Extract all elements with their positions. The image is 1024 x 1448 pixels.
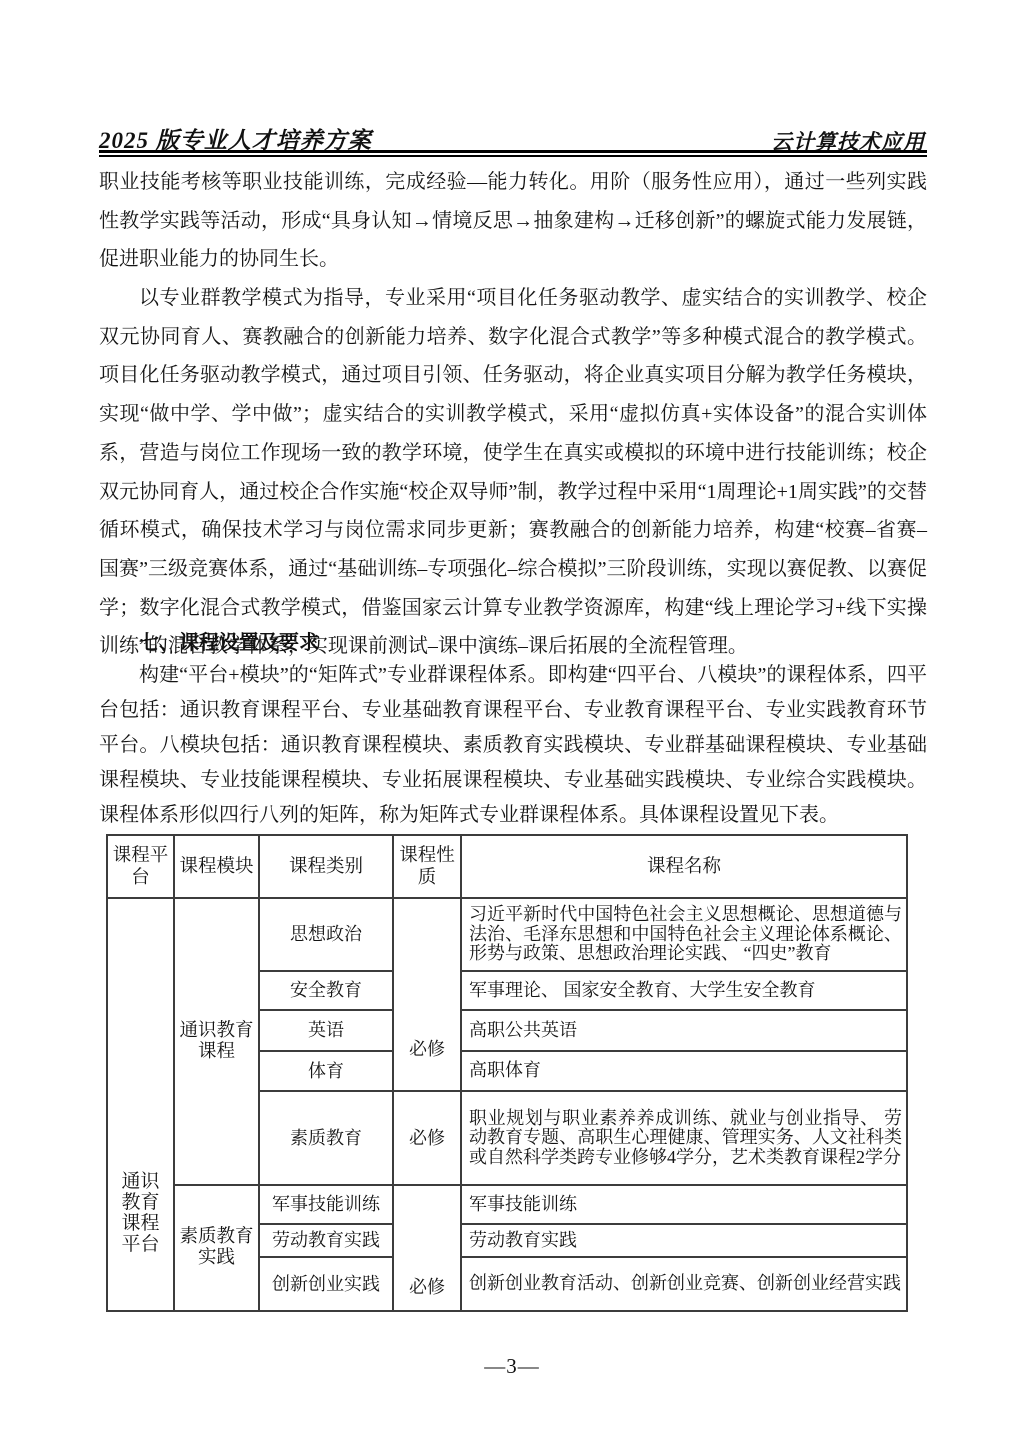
section-heading-course-setup: 七、课程设置及要求 xyxy=(99,629,927,657)
cell-platform-general-education: 通识教育课程平台 xyxy=(107,898,174,1311)
table-header-row: 课程平台 课程模块 课程类别 课程性质 课程名称 xyxy=(107,835,907,898)
paragraph-teaching-modes: 以专业群教学模式为指导，专业采用“项目化任务驱动教学、虚实结合的实训教学、校企双… xyxy=(99,279,927,666)
cell-nature-required-1: 必修 xyxy=(393,898,461,1091)
header-double-rule xyxy=(99,150,927,157)
cell-courses-quality-education: 职业规划与职业素养养成训练、就业与创业指导、 劳动教育专题、高职生心理健康、管理… xyxy=(461,1091,907,1185)
cell-nature-required-3: 必修 xyxy=(393,1185,461,1311)
cell-courses-pe: 高职体育 xyxy=(461,1051,907,1091)
cell-category-military-training: 军事技能训练 xyxy=(259,1185,393,1224)
th-course-category: 课程类别 xyxy=(259,835,393,898)
cell-courses-english: 高职公共英语 xyxy=(461,1010,907,1051)
cell-module-quality-practice: 素质教育实践 xyxy=(174,1185,259,1311)
platform-label: 通识教育课程平台 xyxy=(121,1171,161,1255)
footer-page-number: —3— xyxy=(0,1354,1024,1379)
paragraph-curriculum-system: 构建“平台+模块”的“矩阵式”专业群课程体系。即构建“四平台、八模块”的课程体系… xyxy=(99,658,927,833)
cell-courses-innovation-practice: 创新创业教育活动、创新创业竞赛、创新创业经营实践 xyxy=(461,1257,907,1311)
cell-courses-military-training: 军事技能训练 xyxy=(461,1185,907,1224)
cell-category-pe: 体育 xyxy=(259,1051,393,1091)
th-course-name: 课程名称 xyxy=(461,835,907,898)
cell-courses-safety: 军事理论、 国家安全教育、大学生安全教育 xyxy=(461,971,907,1010)
th-course-module: 课程模块 xyxy=(174,835,259,898)
paragraph-skill-training: 职业技能考核等职业技能训练，完成经验—能力转化。用阶（服务性应用），通过一些列实… xyxy=(99,163,927,279)
cell-category-innovation-practice: 创新创业实践 xyxy=(259,1257,393,1311)
table-row-military-training: 素质教育实践 军事技能训练 必修 军事技能训练 xyxy=(107,1185,907,1224)
cell-category-labor-practice: 劳动教育实践 xyxy=(259,1224,393,1257)
th-course-platform: 课程平台 xyxy=(107,835,174,898)
cell-category-english: 英语 xyxy=(259,1010,393,1051)
cell-category-quality-education: 素质教育 xyxy=(259,1091,393,1185)
cell-courses-ideology: 习近平新时代中国特色社会主义思想概论、思想道德与法治、毛泽东思想和中国特色社会主… xyxy=(461,898,907,971)
cell-nature-required-2: 必修 xyxy=(393,1091,461,1185)
document-page: 2025 版专业人才培养方案 云计算技术应用 职业技能考核等职业技能训练，完成经… xyxy=(0,0,1024,1448)
table-row-ideology: 通识教育课程平台 通识教育课程 思想政治 必修 习近平新时代中国特色社会主义思想… xyxy=(107,898,907,971)
cell-module-general-education-courses: 通识教育课程 xyxy=(174,898,259,1185)
course-setup-table: 课程平台 课程模块 课程类别 课程性质 课程名称 通识教育课程平台 通识教育课程… xyxy=(106,834,908,1312)
cell-courses-labor-practice: 劳动教育实践 xyxy=(461,1224,907,1257)
cell-category-ideology: 思想政治 xyxy=(259,898,393,971)
cell-category-safety: 安全教育 xyxy=(259,971,393,1010)
th-course-nature: 课程性质 xyxy=(393,835,461,898)
